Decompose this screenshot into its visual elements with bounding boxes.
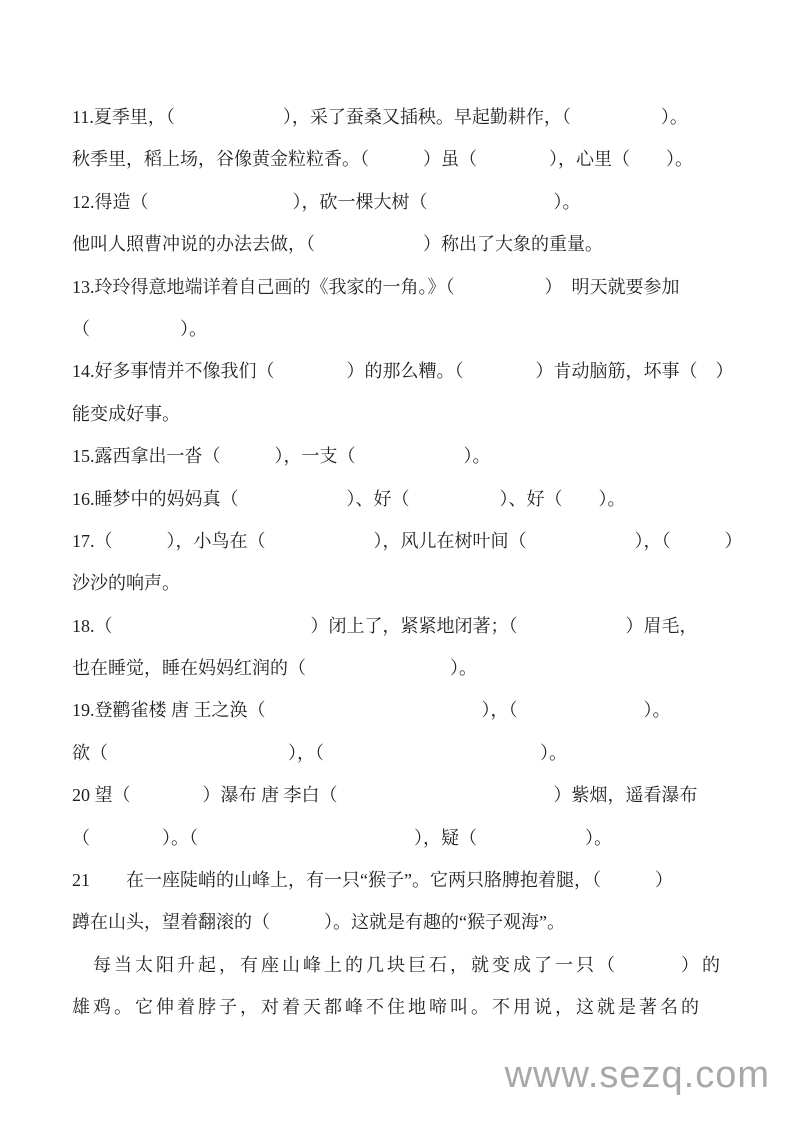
item17-line1: 17.（ ），小鸟在（ ），风儿在树叶间（ ），（ ） xyxy=(72,520,740,562)
item21-line1: 21 在一座陡峭的山峰上，有一只“猴子”。它两只胳膊抱着腿，（ ） xyxy=(72,859,740,901)
item14-line2: 能变成好事。 xyxy=(72,393,740,435)
item11-line2: 秋季里，稻上场，谷像黄金粒粒香。（ ）虽（ ），心里（ ）。 xyxy=(72,138,740,180)
item21-line4: 雄鸡。它伸着脖子，对着天都峰不住地啼叫。不用说，这就是著名的 xyxy=(72,986,740,1028)
item13-line2: （ ）。 xyxy=(72,308,740,350)
item20-line2: （ ）。（ ），疑（ ）。 xyxy=(72,817,740,859)
worksheet-content: 11.夏季里，（ ），采了蚕桑又插秧。早起勤耕作，（ ）。 秋季里，稻上场，谷像… xyxy=(72,96,740,1029)
item21-line3: 每当太阳升起，有座山峰上的几块巨石，就变成了一只（ ）的 xyxy=(72,944,740,986)
item19-line2: 欲（ ），（ ）。 xyxy=(72,732,740,774)
item18-line1: 18.（ ）闭上了，紧紧地闭著；（ ）眉毛， xyxy=(72,605,740,647)
watermark: www.sezq.com xyxy=(505,1054,770,1097)
item13-line1: 13.玲玲得意地端详着自己画的《我家的一角。》（ ） 明天就要参加 xyxy=(72,266,740,308)
item14-line1: 14.好多事情并不像我们（ ）的那么糟。（ ）肯动脑筋，坏事（ ） xyxy=(72,350,740,392)
item21-line2: 蹲在山头，望着翻滚的（ ）。这就是有趣的“猴子观海”。 xyxy=(72,901,740,943)
item12-line2: 他叫人照曹冲说的办法去做，（ ）称出了大象的重量。 xyxy=(72,223,740,265)
item18-line2: 也在睡觉，睡在妈妈红润的（ ）。 xyxy=(72,647,740,689)
item11-line1: 11.夏季里，（ ），采了蚕桑又插秧。早起勤耕作，（ ）。 xyxy=(72,96,740,138)
item19-line1: 19.登鹳雀楼 唐 王之涣（ ），（ ）。 xyxy=(72,689,740,731)
item15-line1: 15.露西拿出一沓（ ），一支（ ）。 xyxy=(72,435,740,477)
worksheet-page: 11.夏季里，（ ），采了蚕桑又插秧。早起勤耕作，（ ）。 秋季里，稻上场，谷像… xyxy=(0,0,800,1132)
item20-line1: 20 望（ ）瀑布 唐 李白（ ）紫烟，遥看瀑布 xyxy=(72,774,740,816)
item16-line1: 16.睡梦中的妈妈真（ ）、好（ ）、好（ ）。 xyxy=(72,478,740,520)
item17-line2: 沙沙的响声。 xyxy=(72,562,740,604)
item12-line1: 12.得造（ ），砍一棵大树（ ）。 xyxy=(72,181,740,223)
